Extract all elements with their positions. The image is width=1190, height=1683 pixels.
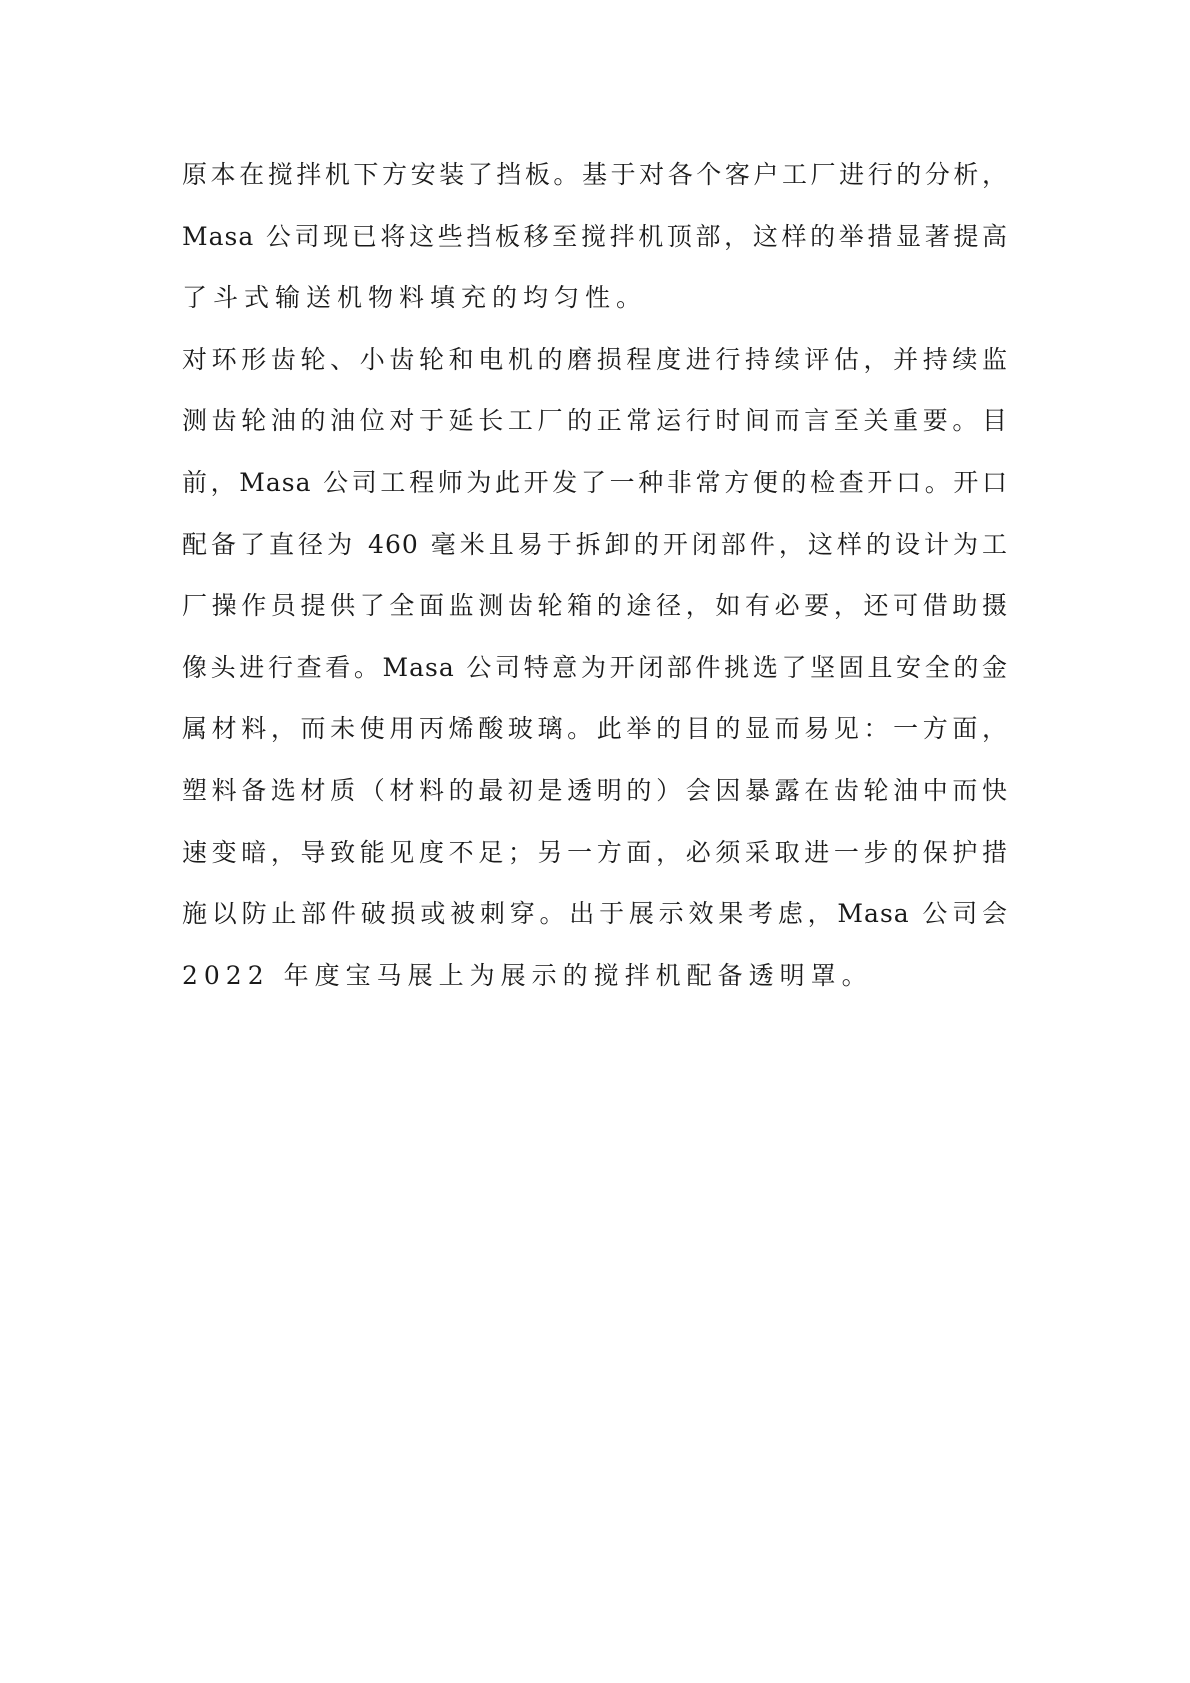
text-line: 速变暗，导致能见度不足；另一方面，必须采取进一步的保护措 (182, 822, 1008, 884)
text-line: 属材料，而未使用丙烯酸玻璃。此举的目的显而易见：一方面， (182, 698, 1008, 760)
text-line: 像头进行查看。Masa 公司特意为开闭部件挑选了坚固且安全的金 (182, 637, 1008, 699)
text-line: 测齿轮油的油位对于延长工厂的正常运行时间而言至关重要。目 (182, 390, 1008, 452)
body-text: 原本在搅拌机下方安装了挡板。基于对各个客户工厂进行的分析， Masa 公司现已将… (182, 144, 1008, 1006)
paragraph-inspection-opening: 对环形齿轮、小齿轮和电机的磨损程度进行持续评估，并持续监 测齿轮油的油位对于延长… (182, 329, 1008, 1007)
text-line: 2022 年度宝马展上为展示的搅拌机配备透明罩。 (182, 945, 1008, 1007)
document-page: 原本在搅拌机下方安装了挡板。基于对各个客户工厂进行的分析， Masa 公司现已将… (0, 0, 1190, 1683)
text-line: 厂操作员提供了全面监测齿轮箱的途径，如有必要，还可借助摄 (182, 575, 1008, 637)
text-line: 原本在搅拌机下方安装了挡板。基于对各个客户工厂进行的分析， (182, 144, 1008, 206)
text-line: 配备了直径为 460 毫米且易于拆卸的开闭部件，这样的设计为工 (182, 514, 1008, 576)
text-line: 施以防止部件破损或被刺穿。出于展示效果考虑，Masa 公司会 (182, 883, 1008, 945)
text-line: Masa 公司现已将这些挡板移至搅拌机顶部，这样的举措显著提高 (182, 206, 1008, 268)
text-line: 对环形齿轮、小齿轮和电机的磨损程度进行持续评估，并持续监 (182, 329, 1008, 391)
paragraph-baffles: 原本在搅拌机下方安装了挡板。基于对各个客户工厂进行的分析， Masa 公司现已将… (182, 144, 1008, 329)
text-line: 塑料备选材质（材料的最初是透明的）会因暴露在齿轮油中而快 (182, 760, 1008, 822)
text-line: 了斗式输送机物料填充的均匀性。 (182, 267, 1008, 329)
text-line: 前，Masa 公司工程师为此开发了一种非常方便的检查开口。开口 (182, 452, 1008, 514)
